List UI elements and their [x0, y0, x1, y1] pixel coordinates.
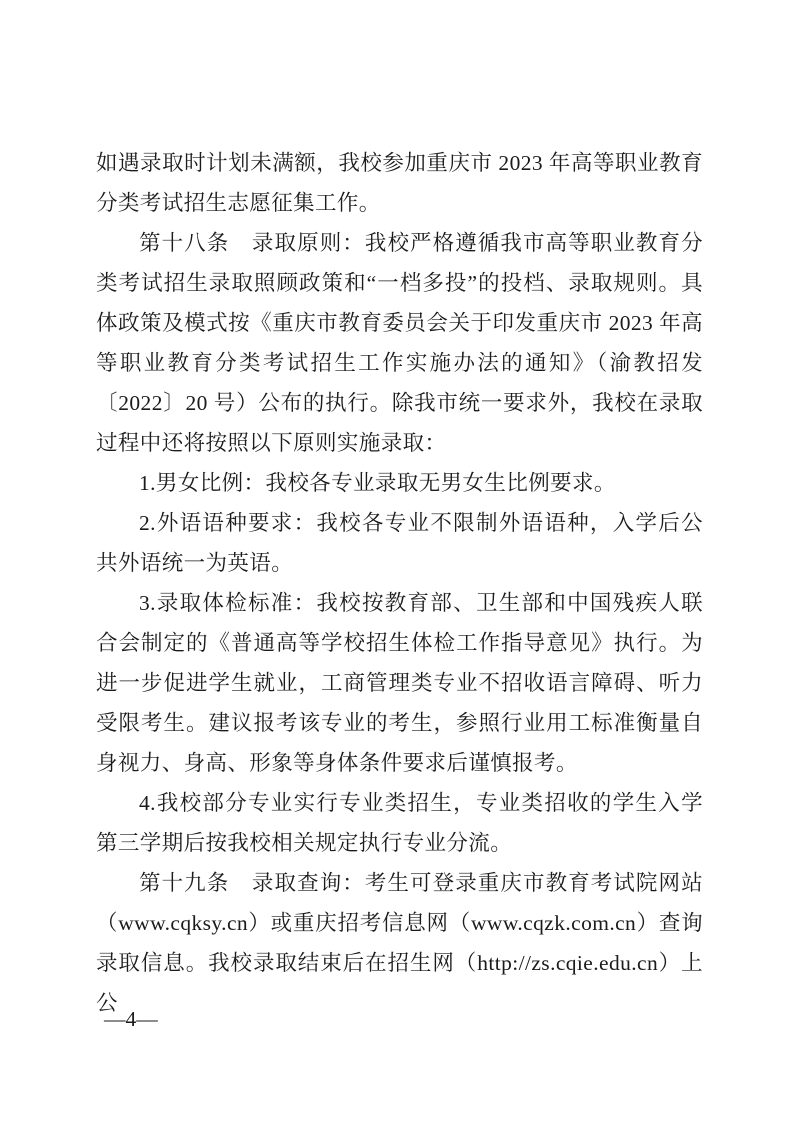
- paragraph-rule-3-physical-exam: 3.录取体检标准：我校按教育部、卫生部和中国残疾人联合会制定的《普通高等学校招生…: [96, 583, 703, 783]
- paragraph-continuation: 如遇录取时计划未满额，我校参加重庆市 2023 年高等职业教育分类考试招生志愿征…: [96, 143, 703, 223]
- document-body: 如遇录取时计划未满额，我校参加重庆市 2023 年高等职业教育分类考试招生志愿征…: [96, 143, 703, 1023]
- paragraph-rule-4-major-group: 4.我校部分专业实行专业类招生，专业类招收的学生入学第三学期后按我校相关规定执行…: [96, 783, 703, 863]
- page-number: —4—: [104, 1006, 158, 1032]
- document-page: 如遇录取时计划未满额，我校参加重庆市 2023 年高等职业教育分类考试招生志愿征…: [0, 0, 793, 1122]
- paragraph-article-18: 第十八条 录取原则：我校严格遵循我市高等职业教育分类考试招生录取照顾政策和“一档…: [96, 223, 703, 463]
- paragraph-rule-2-foreign-language: 2.外语语种要求：我校各专业不限制外语语种，入学后公共外语统一为英语。: [96, 503, 703, 583]
- paragraph-article-19: 第十九条 录取查询：考生可登录重庆市教育考试院网站（www.cqksy.cn）或…: [96, 863, 703, 1023]
- paragraph-rule-1-gender-ratio: 1.男女比例：我校各专业录取无男女生比例要求。: [96, 463, 703, 503]
